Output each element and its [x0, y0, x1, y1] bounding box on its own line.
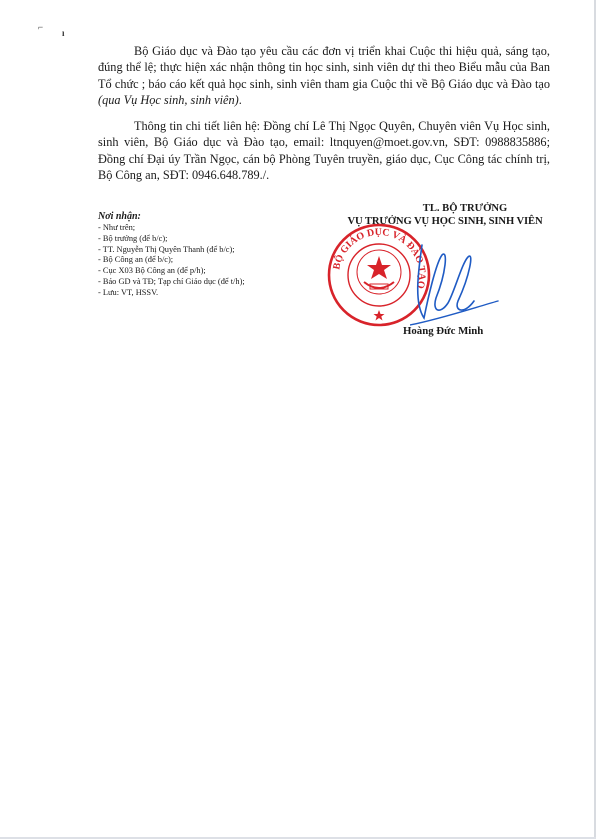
scan-speck: ⌐ [38, 22, 43, 32]
paragraph-contact: Thông tin chi tiết liên hệ: Đồng chí Lê … [98, 118, 550, 183]
scan-speck: ı [62, 28, 65, 38]
italic-note: (qua Vụ Học sinh, sinh viên) [98, 93, 239, 107]
recipient-item: - Lưu: VT, HSSV. [98, 288, 318, 299]
recipient-item: - Cục X03 Bộ Công an (để p/h); [98, 266, 318, 277]
recipient-item: - Như trên; [98, 223, 318, 234]
signer-name: Hoàng Đức Minh [403, 325, 483, 337]
recipients-block: Nơi nhận: - Như trên; - Bộ trưởng (để b/… [98, 211, 318, 299]
handwritten-signature-icon [410, 243, 510, 333]
paragraph-request: Bộ Giáo dục và Đào tạo yêu cầu các đơn v… [98, 43, 550, 108]
recipient-item: - Báo GD và TĐ; Tạp chí Giáo dục (để t/h… [98, 277, 318, 288]
letter-body: Bộ Giáo dục và Đào tạo yêu cầu các đơn v… [98, 43, 550, 192]
recipients-title: Nơi nhận: [98, 211, 318, 223]
signer-role-primary: TL. BỘ TRƯỞNG [330, 202, 560, 215]
recipient-item: - Bộ trưởng (để b/c); [98, 234, 318, 245]
paragraph-text: Bộ Giáo dục và Đào tạo yêu cầu các đơn v… [98, 44, 550, 91]
paragraph-end: . [239, 93, 242, 107]
recipient-item: - TT. Nguyễn Thị Quyên Thanh (để b/c); [98, 245, 318, 256]
recipient-item: - Bộ Công an (để b/c); [98, 255, 318, 266]
